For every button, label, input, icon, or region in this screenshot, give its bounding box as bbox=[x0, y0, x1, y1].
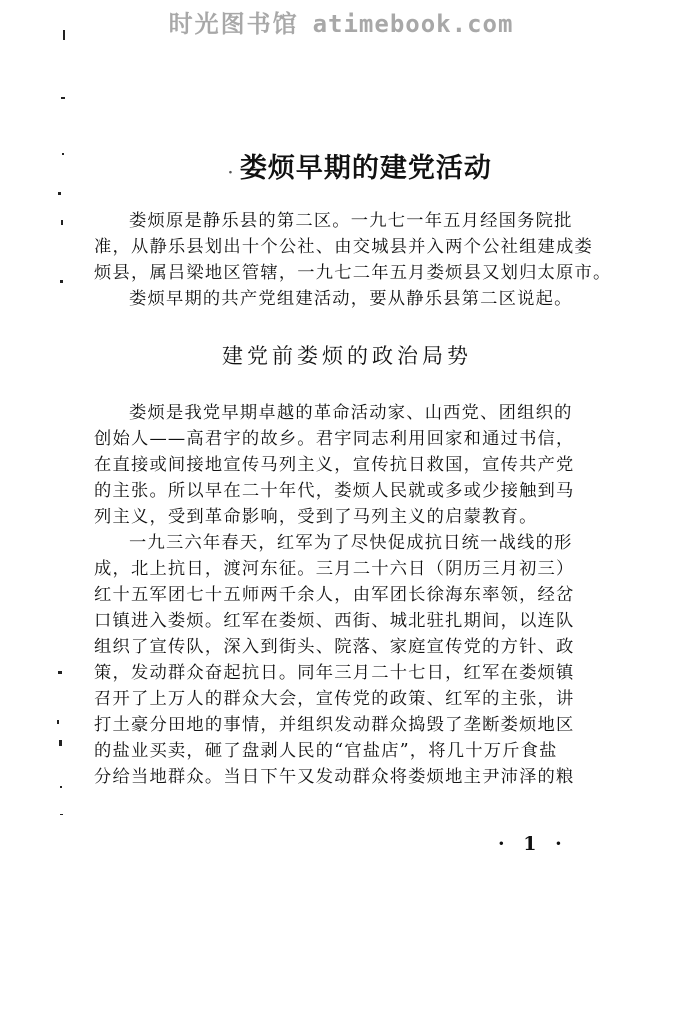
intro-paragraph: 娄烦原是静乐县的第二区。一九七一年五月经国务院批 准，从静乐县划出十个公社、由交… bbox=[94, 208, 590, 312]
scan-artifact bbox=[63, 30, 65, 40]
text-line: 口镇进入娄烦。红军在娄烦、西街、城北驻扎期间，以连队 bbox=[94, 608, 590, 634]
text-line: 一九三六年春天，红军为了尽快促成抗日统一战线的形 bbox=[94, 530, 590, 556]
section-heading: 建党前娄烦的政治局势 bbox=[222, 340, 522, 370]
text-line: 成，北上抗日，渡河东征。三月二十六日（阴历三月初三） bbox=[94, 556, 590, 582]
text-line: 召开了上万人的群众大会，宣传党的政策、红军的主张，讲 bbox=[94, 686, 590, 712]
text-line: 娄烦是我党早期卓越的革命活动家、山西党、团组织的 bbox=[94, 400, 590, 426]
text-line: 创始人——高君宇的故乡。君宇同志利用回家和通过书信， bbox=[94, 426, 590, 452]
text-line: 打土豪分田地的事情，并组织发动群众捣毁了垄断娄烦地区 bbox=[94, 712, 590, 738]
watermark-chinese: 时光图书馆 bbox=[169, 10, 299, 38]
text-line: 在直接或间接地宣传马列主义，宣传抗日救国，宣传共产党 bbox=[94, 452, 590, 478]
text-line: 策，发动群众奋起抗日。同年三月二十七日，红军在娄烦镇 bbox=[94, 660, 590, 686]
text-line: 娄烦原是静乐县的第二区。一九七一年五月经国务院批 bbox=[94, 208, 590, 234]
text-line: 准，从静乐县划出十个公社、由交城县并入两个公社组建成娄 bbox=[94, 234, 590, 260]
scan-artifact bbox=[59, 740, 62, 746]
scan-artifact bbox=[57, 720, 59, 724]
page-number: · 1 · bbox=[498, 833, 568, 855]
text-line: 列主义，受到革命影响，受到了马列主义的启蒙教育。 bbox=[94, 504, 590, 530]
text-line: 分给当地群众。当日下午又发动群众将娄烦地主尹沛泽的粮 bbox=[94, 764, 590, 790]
watermark-site: atimebook.com bbox=[313, 10, 514, 38]
scan-artifact bbox=[60, 786, 62, 788]
scan-artifact bbox=[58, 192, 61, 195]
text-line: 烦县，属吕梁地区管辖，一九七二年五月娄烦县又划归太原市。 bbox=[94, 260, 590, 286]
body-paragraphs: 娄烦是我党早期卓越的革命活动家、山西党、团组织的 创始人——高君宇的故乡。君宇同… bbox=[94, 400, 590, 790]
scan-artifact bbox=[60, 814, 63, 815]
text-line: 组织了宣传队，深入到街头、院落、家庭宣传党的方针、政 bbox=[94, 634, 590, 660]
text-line: 红十五军团七十五师两千余人，由军团长徐海东率领，经岔 bbox=[94, 582, 590, 608]
page-title: ·娄烦早期的建党活动 bbox=[228, 146, 528, 185]
scan-artifact bbox=[60, 280, 63, 283]
text-line: 的盐业买卖，砸了盘剥人民的“官盐店”，将几十万斤食盐 bbox=[94, 738, 590, 764]
scan-artifact bbox=[61, 97, 65, 99]
watermark: 时光图书馆atimebook.com bbox=[0, 4, 682, 39]
text-line: 的主张。所以早在二十年代，娄烦人民就或多或少接触到马 bbox=[94, 478, 590, 504]
scan-artifact bbox=[58, 671, 62, 674]
second-paragraph: 娄烦早期的共产党组建活动，要从静乐县第二区说起。 bbox=[94, 286, 590, 312]
scan-artifact bbox=[62, 153, 64, 155]
title-text: 娄烦早期的建党活动 bbox=[240, 153, 492, 184]
scan-artifact bbox=[61, 220, 63, 225]
title-dash: · bbox=[228, 165, 234, 181]
